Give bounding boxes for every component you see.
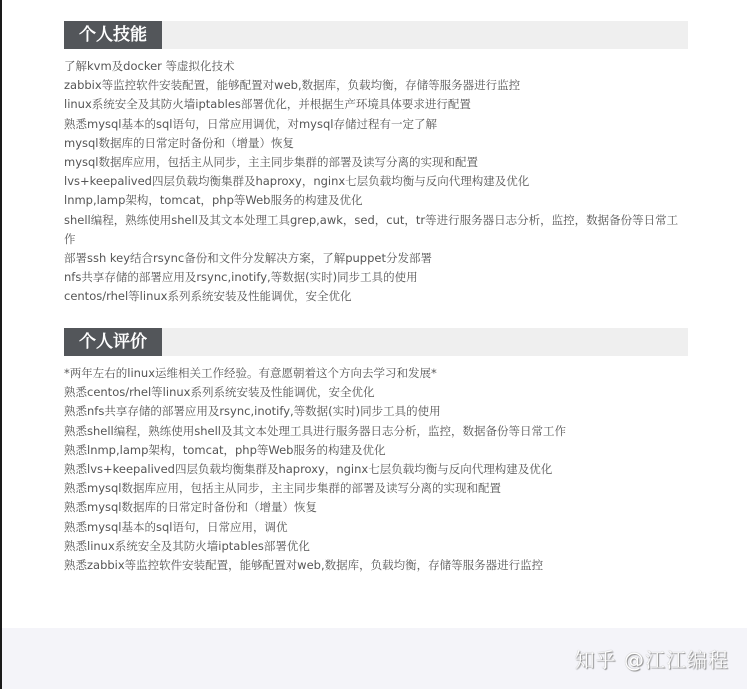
list-item: linux系统安全及其防火墙iptables部署优化，并根据生产环境具体要求进行…: [64, 95, 688, 114]
list-item: nfs共享存储的部署应用及rsync,inotify,等数据(实时)同步工具的使…: [64, 268, 688, 287]
list-item: zabbix等监控软件安装配置，能够配置对web,数据库，负载均衡，存储等服务器…: [64, 76, 688, 95]
skills-header: 个人技能: [64, 21, 688, 49]
footer: 知乎 @江江编程: [2, 628, 747, 689]
list-item: 了解kvm及docker 等虚拟化技术: [64, 57, 688, 76]
list-item: 熟悉zabbix等监控软件安装配置，能够配置对web,数据库，负载均衡，存储等服…: [64, 556, 688, 575]
list-item: 熟悉mysql基本的sql语句，日常应用，调优: [64, 518, 688, 537]
list-item: mysql数据库的日常定时备份和（增量）恢复: [64, 134, 688, 153]
skills-list: 了解kvm及docker 等虚拟化技术 zabbix等监控软件安装配置，能够配置…: [64, 57, 688, 307]
list-item: 熟悉centos/rhel等linux系列系统安装及性能调优，安全优化: [64, 383, 688, 402]
list-item: lvs+keepalived四层负载均衡集群及haproxy，nginx七层负载…: [64, 172, 688, 191]
list-item: 熟悉nfs共享存储的部署应用及rsync,inotify,等数据(实时)同步工具…: [64, 402, 688, 421]
list-item: centos/rhel等linux系列系统安装及性能调优，安全优化: [64, 287, 688, 306]
skills-title: 个人技能: [64, 21, 162, 49]
list-item: 熟悉linux系统安全及其防火墙iptables部署优化: [64, 537, 688, 556]
list-item: *两年左右的linux运维相关工作经验。有意愿朝着这个方向去学习和发展*: [64, 364, 688, 383]
list-item: 熟悉mysql数据库的日常定时备份和（增量）恢复: [64, 498, 688, 517]
list-item: 部署ssh key结合rsync备份和文件分发解决方案，了解puppet分发部署: [64, 249, 688, 268]
list-item: 熟悉shell编程，熟练使用shell及其文本处理工具进行服务器日志分析，监控，…: [64, 422, 688, 441]
evaluation-section: 个人评价 *两年左右的linux运维相关工作经验。有意愿朝着这个方向去学习和发展…: [64, 328, 688, 575]
list-item: mysql数据库应用，包括主从同步，主主同步集群的部署及读写分离的实现和配置: [64, 153, 688, 172]
evaluation-title: 个人评价: [64, 328, 162, 356]
watermark: 知乎 @江江编程: [575, 644, 729, 673]
list-item: shell编程，熟练使用shell及其文本处理工具grep,awk，sed，cu…: [64, 211, 688, 249]
list-item: lnmp,lamp架构，tomcat，php等Web服务的构建及优化: [64, 191, 688, 210]
evaluation-header: 个人评价: [64, 328, 688, 356]
evaluation-list: *两年左右的linux运维相关工作经验。有意愿朝着这个方向去学习和发展* 熟悉c…: [64, 364, 688, 575]
left-border: [0, 0, 2, 689]
list-item: 熟悉mysql基本的sql语句，日常应用调优，对mysql存储过程有一定了解: [64, 115, 688, 134]
list-item: 熟悉lnmp,lamp架构，tomcat，php等Web服务的构建及优化: [64, 441, 688, 460]
list-item: 熟悉lvs+keepalived四层负载均衡集群及haproxy，nginx七层…: [64, 460, 688, 479]
list-item: 熟悉mysql数据库应用，包括主从同步，主主同步集群的部署及读写分离的实现和配置: [64, 479, 688, 498]
skills-section: 个人技能 了解kvm及docker 等虚拟化技术 zabbix等监控软件安装配置…: [64, 21, 688, 307]
